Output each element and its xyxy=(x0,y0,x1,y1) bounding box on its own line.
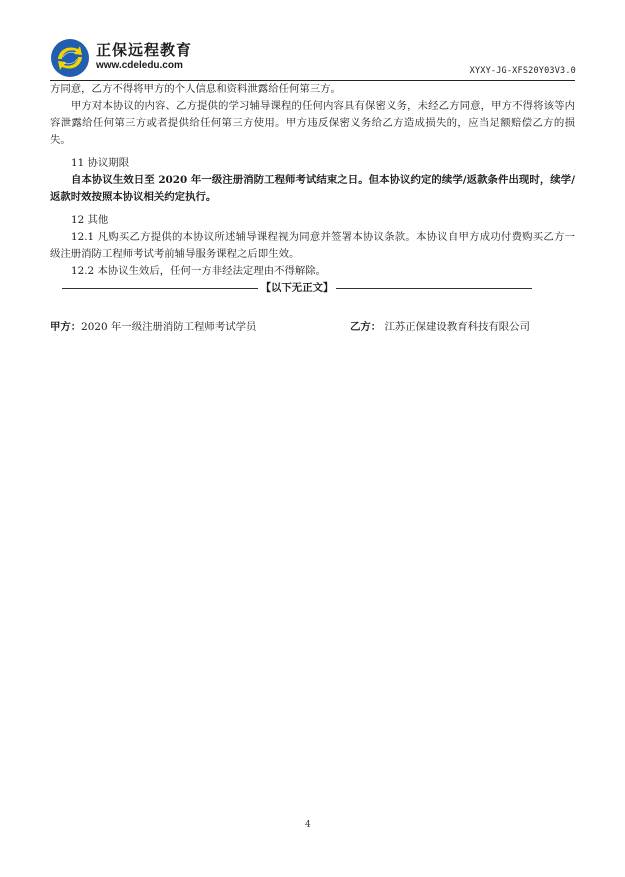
paragraph-confidentiality: 甲方对本协议的内容、乙方提供的学习辅导课程的任何内容具有保密义务，未经乙方同意，… xyxy=(50,98,575,149)
party-a-value: 2020 年一级注册消防工程师考试学员 xyxy=(81,321,256,333)
party-b-label: 乙方： xyxy=(350,321,381,333)
end-rule-right xyxy=(336,288,532,289)
brand-name: 正保远程教育 xyxy=(96,42,192,59)
party-a-label: 甲方： xyxy=(50,321,81,333)
page-header: 正保远程教育 www.cdeledu.com XYXY-JG-XFS20Y03V… xyxy=(50,38,580,80)
section-12-item-2: 12.2 本协议生效后，任何一方非经法定理由不得解除。 xyxy=(50,263,575,280)
end-of-text-marker: 【以下无正文】 xyxy=(62,280,532,297)
brand-block: 正保远程教育 www.cdeledu.com xyxy=(96,42,192,72)
end-of-text-label: 【以下无正文】 xyxy=(258,280,337,297)
document-body: 方同意，乙方不得将甲方的个人信息和资料泄露给任何第三方。 甲方对本协议的内容、乙… xyxy=(50,81,575,297)
section-11-text: 自本协议生效日至 2020 年一级注册消防工程师考试结束之日。但本协议约定的续学… xyxy=(50,172,575,206)
page-number: 4 xyxy=(305,820,311,830)
party-b-signature: 乙方： 江苏正保建设教育科技有限公司 xyxy=(350,320,530,334)
party-b-value: 江苏正保建设教育科技有限公司 xyxy=(381,321,530,333)
party-a-signature: 甲方：2020 年一级注册消防工程师考试学员 xyxy=(50,320,256,334)
section-12-item-1: 12.1 凡购买乙方提供的本协议所述辅导课程视为同意并签署本协议条款。本协议自甲… xyxy=(50,229,575,263)
document-page: 正保远程教育 www.cdeledu.com XYXY-JG-XFS20Y03V… xyxy=(0,0,625,877)
section-12-title: 12 其他 xyxy=(50,212,575,229)
brand-url: www.cdeledu.com xyxy=(96,60,192,72)
cdeledu-logo-icon xyxy=(50,38,90,78)
end-rule-left xyxy=(62,288,258,289)
document-code: XYXY-JG-XFS20Y03V3.0 xyxy=(470,66,576,76)
section-11-title: 11 协议期限 xyxy=(50,155,575,172)
paragraph-privacy-continuation: 方同意，乙方不得将甲方的个人信息和资料泄露给任何第三方。 xyxy=(50,81,575,98)
